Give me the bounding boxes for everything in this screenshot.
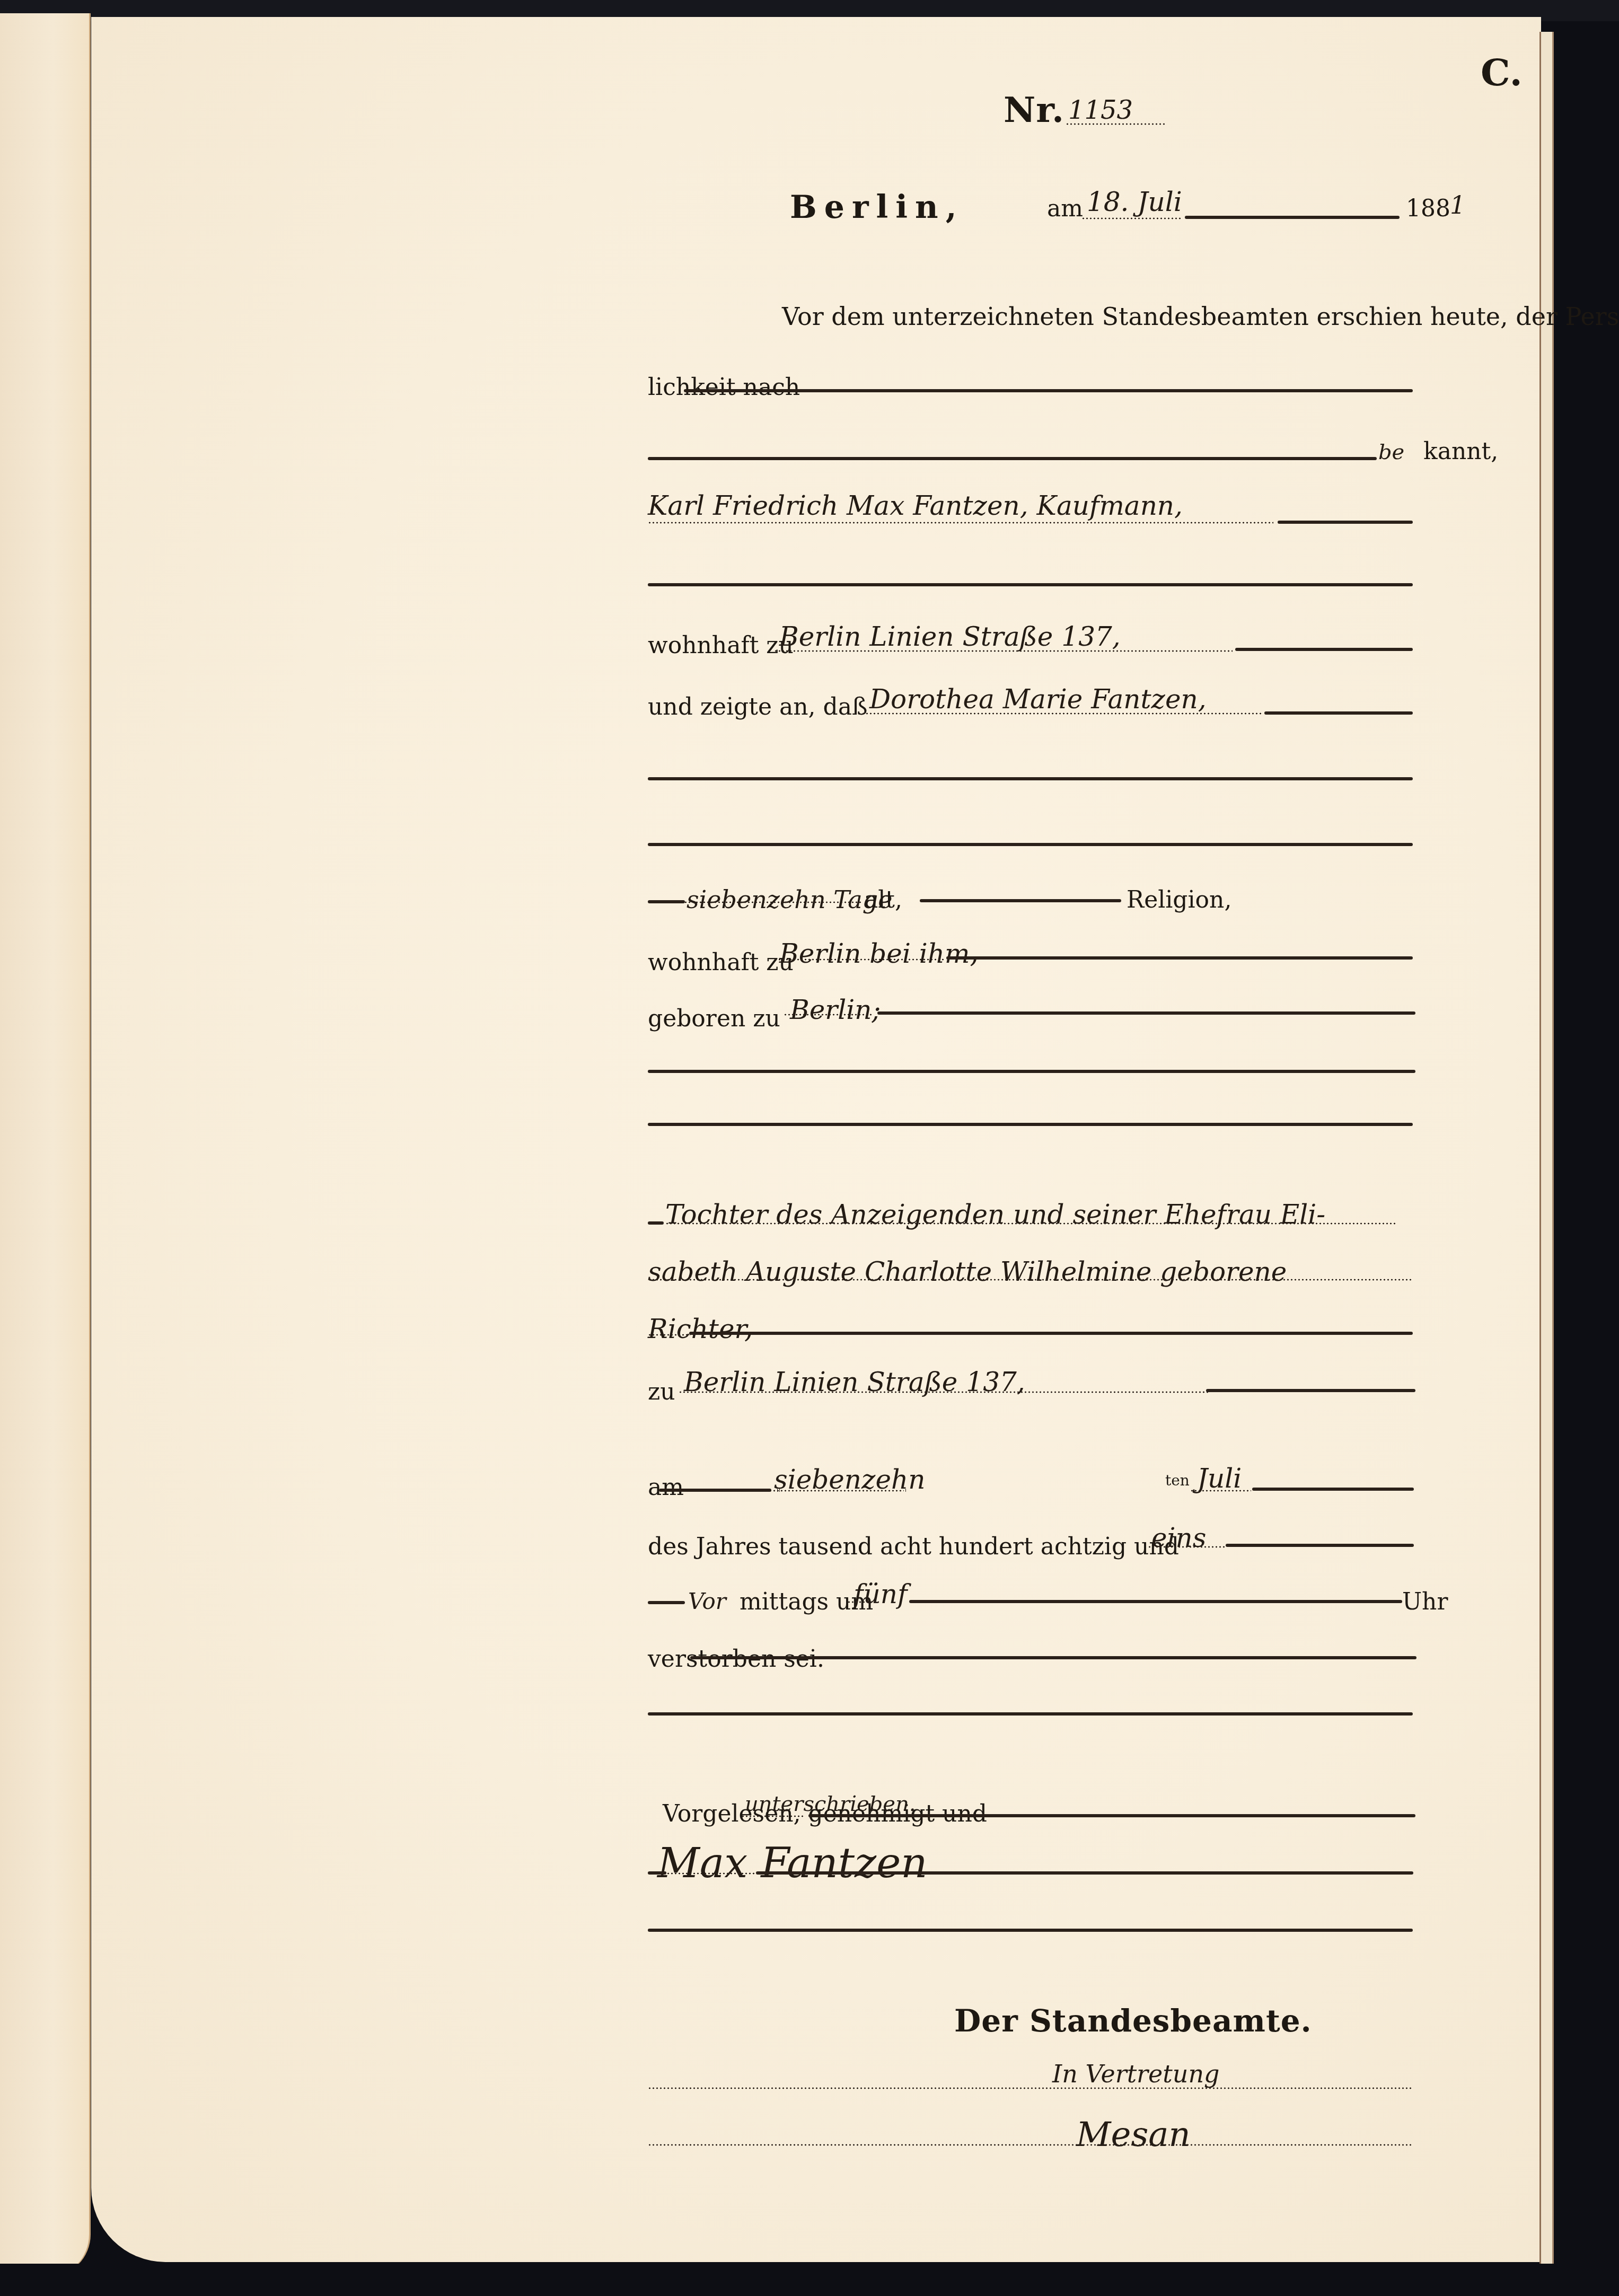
hour-label: Uhr <box>1402 1588 1448 1615</box>
place-label: Berlin, <box>790 189 964 226</box>
age-value: siebenzehn Tage <box>687 885 892 914</box>
day-rule-left-2 <box>713 1489 771 1492</box>
rule-blank-2 <box>648 777 1413 780</box>
parents-rule-left <box>648 1221 664 1225</box>
death-location-rule <box>1206 1389 1415 1392</box>
parents-dotted-2 <box>648 1279 1411 1281</box>
informant-rule <box>1278 521 1413 524</box>
informant-residence-label: wohnhaft zu <box>648 632 794 659</box>
rule-blank-5 <box>648 1123 1413 1126</box>
month-rule <box>1252 1488 1414 1491</box>
parents-line-1: Tochter des Anzeigenden und seiner Ehefr… <box>665 1199 1325 1230</box>
signature-dotted <box>666 1872 762 1875</box>
scan-background-bottom <box>0 2264 1619 2296</box>
time-prefix-value: Vor <box>688 1588 726 1614</box>
form-letter: C. <box>1481 50 1523 94</box>
deceased-residence: Berlin bei ihm, <box>779 938 978 969</box>
date-rule <box>1185 216 1400 219</box>
time-rule-left <box>648 1601 685 1604</box>
rule-blank-7 <box>648 1929 1413 1932</box>
deceased-residence-label: wohnhaft zu <box>648 949 794 976</box>
hour-value: fünf <box>854 1579 907 1609</box>
date-prefix: am <box>1047 195 1083 222</box>
death-location-dotted <box>679 1391 1209 1393</box>
parents-line-2: sabeth Auguste Charlotte Wilhelmine gebo… <box>648 1256 1287 1287</box>
spacer <box>779 1489 780 1492</box>
hour-dotted <box>847 1601 879 1603</box>
rule-blank-6 <box>648 1712 1413 1716</box>
read-dotted <box>741 1815 805 1817</box>
residence-dotted-line <box>774 650 1233 652</box>
number-value: 1153 <box>1068 95 1133 125</box>
informant-signature: Max Fantzen <box>657 1840 928 1887</box>
read-rule <box>808 1814 1415 1817</box>
born-dotted-line <box>784 1014 874 1016</box>
religion-label: Religion, <box>1127 886 1231 913</box>
month-dotted <box>1190 1490 1251 1492</box>
residence-rule <box>1235 648 1413 651</box>
day-rule-left <box>659 1489 716 1492</box>
left-page-edge <box>0 13 91 2277</box>
deceased-dotted-line <box>861 712 1262 715</box>
parents-line-3: Richter, <box>648 1314 753 1344</box>
number-label: Nr. <box>1004 89 1064 130</box>
rule-blank-4 <box>648 1070 1415 1073</box>
age-rule-left <box>648 900 685 903</box>
spacer <box>711 1489 712 1492</box>
year-text-rule <box>1226 1544 1414 1547</box>
number-dotted-line <box>1066 123 1165 125</box>
rule-identity <box>684 389 1413 392</box>
deceased-residence-rule <box>946 956 1413 960</box>
year-handwritten: 1 <box>1450 191 1465 219</box>
rule-known <box>648 457 1377 460</box>
born-label: geboren zu <box>648 1005 780 1032</box>
date-value: 18. Juli <box>1087 187 1182 217</box>
registrar-heading: Der Standesbeamte. <box>954 2003 1312 2039</box>
signature-rule-right <box>756 1871 1413 1875</box>
year-text-dotted <box>1148 1546 1225 1548</box>
day-label: am <box>648 1474 684 1501</box>
location-label: zu <box>648 1378 675 1405</box>
registrar-signature: Mesan <box>1076 2115 1191 2154</box>
deceased-rule <box>1264 711 1413 715</box>
registrar-deputy: In Vertretung <box>1052 2060 1220 2088</box>
rule-blank-3 <box>648 843 1413 846</box>
informant-dotted-line <box>648 522 1273 524</box>
register-page <box>91 17 1541 2262</box>
day-suffix: ten <box>1165 1472 1190 1489</box>
year-text-label: des Jahres tausend acht hundert achtzig … <box>648 1533 1179 1560</box>
parents-rule-3 <box>689 1332 1413 1335</box>
registrar-dotted-1 <box>648 2087 1413 2089</box>
spacer <box>905 1489 906 1492</box>
intro-line-1: Vor dem unterzeichneten Standesbeamten e… <box>782 302 1619 331</box>
religion-rule <box>920 899 1121 902</box>
day-dotted <box>769 1490 904 1492</box>
age-label: alt, <box>864 886 902 913</box>
parents-dotted-1 <box>665 1222 1397 1225</box>
read-value: unterschrieben. <box>745 1792 916 1816</box>
spacer <box>777 1489 778 1492</box>
registrar-dotted-2 <box>648 2144 1413 2146</box>
year-printed: 188 <box>1406 195 1450 222</box>
year-text-value: eins <box>1151 1523 1206 1553</box>
signature-rule-left <box>648 1871 666 1875</box>
page-stack-edge <box>1541 32 1553 2266</box>
parents-dotted-3 <box>648 1334 690 1336</box>
known-label: kannt, <box>1423 438 1498 465</box>
known-handwritten: be <box>1378 440 1404 464</box>
age-dotted-line <box>684 901 861 903</box>
born-place: Berlin; <box>790 995 881 1025</box>
intro-line-2-label: lichkeit nach <box>648 374 800 401</box>
died-rule <box>690 1656 1416 1659</box>
reported-label: und zeigte an, daß <box>648 693 867 720</box>
page-edge-line <box>1552 32 1554 2264</box>
deceased-name: Dorothea Marie Fantzen, <box>869 684 1207 715</box>
page-edge-line <box>1539 32 1541 2264</box>
deceased-residence-dotted <box>774 958 944 961</box>
informant-name: Karl Friedrich Max Fantzen, Kaufmann, <box>648 490 1183 521</box>
born-rule <box>877 1011 1415 1015</box>
rule-blank-1 <box>648 583 1413 586</box>
informant-residence: Berlin Linien Straße 137, <box>779 621 1121 652</box>
date-dotted-line <box>1081 217 1182 219</box>
hour-rule <box>909 1600 1402 1603</box>
